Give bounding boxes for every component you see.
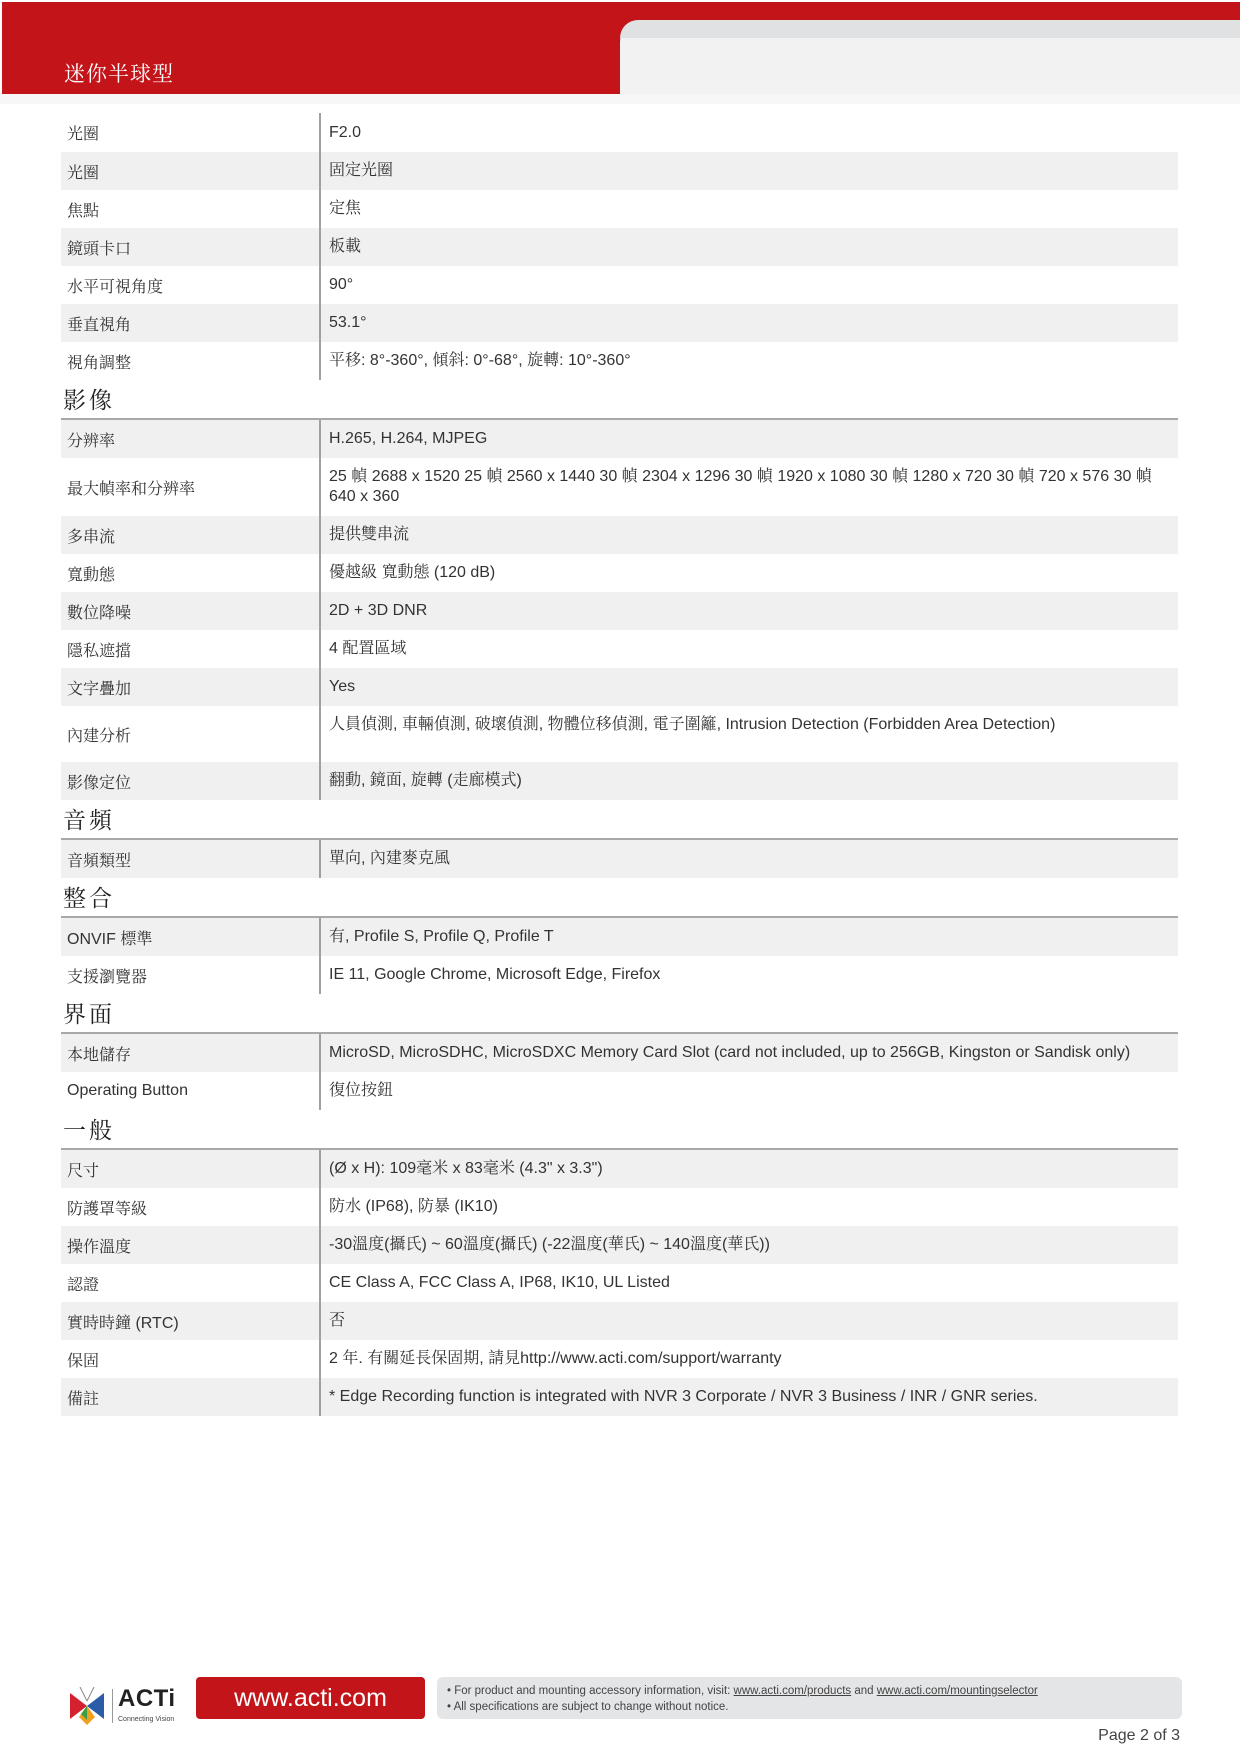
logo-text: ACTi [118,1685,176,1713]
spec-row: 多串流提供雙串流 [61,516,1178,554]
spec-label: ONVIF 標準 [61,918,319,956]
spec-row: 垂直視角53.1° [61,304,1178,342]
spec-value: 90° [319,266,1178,304]
header-tab-band [620,20,1240,38]
spec-value: 提供雙串流 [319,516,1178,554]
spec-row: 數位降噪2D + 3D DNR [61,592,1178,630]
spec-label: 本地儲存 [61,1034,319,1072]
spec-value: 有, Profile S, Profile Q, Profile T [319,918,1178,956]
spec-value: 25 幀 2688 x 1520 25 幀 2560 x 1440 30 幀 2… [319,458,1178,516]
header-bottom-strip [0,94,1240,104]
spec-row: 音頻類型單向, 內建麥克風 [61,840,1178,878]
spec-label: 備註 [61,1378,319,1416]
spec-label: 音頻類型 [61,840,319,878]
spec-row: ONVIF 標準有, Profile S, Profile Q, Profile… [61,918,1178,956]
spec-row: 備註* Edge Recording function is integrate… [61,1378,1178,1416]
page-title: 迷你半球型 [64,58,174,88]
spec-row: 認證CE Class A, FCC Class A, IP68, IK10, U… [61,1264,1178,1302]
spec-label: 防護罩等級 [61,1188,319,1226]
spec-table: 光圈F2.0光圈固定光圈焦點定焦鏡頭卡口板載水平可視角度90°垂直視角53.1°… [61,113,1178,1416]
spec-row: 操作溫度-30溫度(攝氏) ~ 60溫度(攝氏) (-22溫度(華氏) ~ 14… [61,1226,1178,1264]
spec-value: MicroSD, MicroSDHC, MicroSDXC Memory Car… [319,1034,1178,1072]
spec-row: 水平可視角度90° [61,266,1178,304]
spec-row: 焦點定焦 [61,190,1178,228]
footer-info-prefix: • For product and mounting accessory inf… [447,1685,734,1697]
spec-value: 否 [319,1302,1178,1340]
spec-value: 2 年. 有關延長保固期, 請見http://www.acti.com/supp… [319,1340,1178,1378]
footer-info-mid: and [851,1685,877,1697]
spec-label: 垂直視角 [61,304,319,342]
spec-value: IE 11, Google Chrome, Microsoft Edge, Fi… [319,956,1178,994]
spec-label: 多串流 [61,516,319,554]
spec-row: 分辨率H.265, H.264, MJPEG [61,420,1178,458]
products-link[interactable]: www.acti.com/products [734,1685,852,1697]
section-heading: 整合 [61,878,1178,918]
spec-row: 本地儲存MicroSD, MicroSDHC, MicroSDXC Memory… [61,1034,1178,1072]
spec-label: 鏡頭卡口 [61,228,319,266]
website-link[interactable]: www.acti.com [196,1677,425,1719]
spec-label: 內建分析 [61,706,319,762]
section-heading: 一般 [61,1110,1178,1150]
spec-value: 人員偵測, 車輛偵測, 破壞偵測, 物體位移偵測, 電子圍籬, Intrusio… [319,706,1178,762]
spec-label: 水平可視角度 [61,266,319,304]
spec-row: 隱私遮擋4 配置區域 [61,630,1178,668]
spec-label: 保固 [61,1340,319,1378]
spec-value: F2.0 [319,113,1178,152]
acti-logo: ACTi Connecting Vision [68,1685,186,1727]
spec-row: 光圈F2.0 [61,113,1178,152]
page-footer: ACTi Connecting Vision www.acti.com • Fo… [0,1665,1240,1755]
spec-label: 寬動態 [61,554,319,592]
spec-value: 定焦 [319,190,1178,228]
spec-label: 支援瀏覽器 [61,956,319,994]
spec-label: 實時時鐘 (RTC) [61,1302,319,1340]
spec-value: 2D + 3D DNR [319,592,1178,630]
spec-label: 隱私遮擋 [61,630,319,668]
spec-row: 最大幀率和分辨率25 幀 2688 x 1520 25 幀 2560 x 144… [61,458,1178,516]
spec-label: 數位降噪 [61,592,319,630]
spec-value: -30溫度(攝氏) ~ 60溫度(攝氏) (-22溫度(華氏) ~ 140溫度(… [319,1226,1178,1264]
spec-value: 復位按鈕 [319,1072,1178,1110]
logo-tagline: Connecting Vision [118,1716,174,1723]
spec-row: 保固2 年. 有關延長保固期, 請見http://www.acti.com/su… [61,1340,1178,1378]
spec-label: 光圈 [61,152,319,190]
spec-label: 文字疊加 [61,668,319,706]
spec-value: 翻動, 鏡面, 旋轉 (走廊模式) [319,762,1178,800]
spec-value: * Edge Recording function is integrated … [319,1378,1178,1416]
spec-row: 鏡頭卡口板載 [61,228,1178,266]
spec-row: 防護罩等級防水 (IP68), 防暴 (IK10) [61,1188,1178,1226]
spec-row: 視角調整平移: 8°-360°, 傾斜: 0°-68°, 旋轉: 10°-360… [61,342,1178,380]
spec-row: 內建分析人員偵測, 車輛偵測, 破壞偵測, 物體位移偵測, 電子圍籬, Intr… [61,706,1178,762]
spec-value: 平移: 8°-360°, 傾斜: 0°-68°, 旋轉: 10°-360° [319,342,1178,380]
logo-divider [112,1689,113,1723]
spec-row: 寬動態優越級 寬動態 (120 dB) [61,554,1178,592]
footer-info-box: • For product and mounting accessory inf… [437,1677,1182,1719]
spec-value: 4 配置區域 [319,630,1178,668]
spec-label: 尺寸 [61,1150,319,1188]
spec-row: Operating Button復位按鈕 [61,1072,1178,1110]
section-heading: 界面 [61,994,1178,1034]
spec-value: 防水 (IP68), 防暴 (IK10) [319,1188,1178,1226]
spec-label: 認證 [61,1264,319,1302]
footer-info-line-2: • All specifications are subject to chan… [447,1699,1172,1715]
spec-label: 最大幀率和分辨率 [61,458,319,516]
spec-value: 固定光圈 [319,152,1178,190]
spec-row: 影像定位翻動, 鏡面, 旋轉 (走廊模式) [61,762,1178,800]
spec-value: (Ø x H): 109毫米 x 83毫米 (4.3" x 3.3") [319,1150,1178,1188]
spec-value: 單向, 內建麥克風 [319,840,1178,878]
acti-logo-icon [68,1687,106,1725]
spec-value: CE Class A, FCC Class A, IP68, IK10, UL … [319,1264,1178,1302]
spec-label: 操作溫度 [61,1226,319,1264]
spec-row: 文字疊加Yes [61,668,1178,706]
spec-label: Operating Button [61,1072,319,1110]
spec-row: 尺寸(Ø x H): 109毫米 x 83毫米 (4.3" x 3.3") [61,1150,1178,1188]
spec-row: 實時時鐘 (RTC)否 [61,1302,1178,1340]
page-header: 迷你半球型 [0,0,1240,96]
spec-value: Yes [319,668,1178,706]
spec-label: 視角調整 [61,342,319,380]
section-heading: 音頻 [61,800,1178,840]
spec-row: 支援瀏覽器IE 11, Google Chrome, Microsoft Edg… [61,956,1178,994]
spec-value: H.265, H.264, MJPEG [319,420,1178,458]
mounting-selector-link[interactable]: www.acti.com/mountingselector [877,1685,1038,1697]
spec-label: 光圈 [61,113,319,152]
spec-label: 影像定位 [61,762,319,800]
spec-label: 焦點 [61,190,319,228]
spec-value: 53.1° [319,304,1178,342]
footer-info-line-1: • For product and mounting accessory inf… [447,1683,1172,1699]
spec-label: 分辨率 [61,420,319,458]
section-heading: 影像 [61,380,1178,420]
spec-value: 板載 [319,228,1178,266]
spec-row: 光圈固定光圈 [61,152,1178,190]
page-number: Page 2 of 3 [1098,1727,1180,1745]
spec-value: 優越級 寬動態 (120 dB) [319,554,1178,592]
